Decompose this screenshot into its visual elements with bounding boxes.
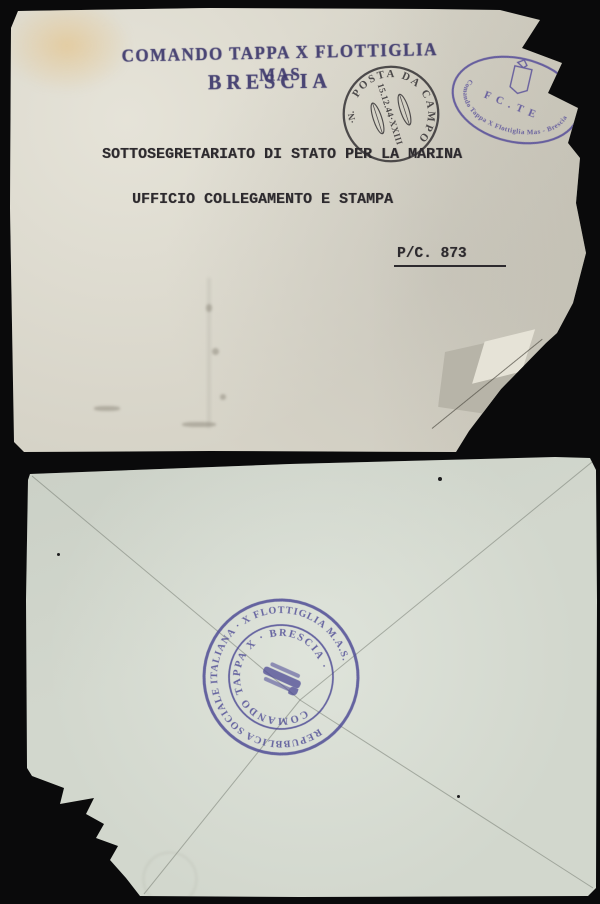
postmark-number-prefix: ·N.: [347, 110, 359, 124]
envelope-front: COMANDO TAPPA X FLOTTIGLIA MAS BRESCIA P…: [10, 8, 590, 454]
envelope-back: REPUBBLICA SOCIALE ITALIANA · X FLOTTIGL…: [24, 454, 600, 904]
smudge-mark: [212, 348, 219, 355]
shield-crest-icon: [509, 58, 534, 95]
photo-stage: COMANDO TAPPA X FLOTTIGLIA MAS BRESCIA P…: [0, 0, 600, 904]
postmark-date: 15.12.44·XXIII: [376, 82, 405, 146]
postmark-center-group: 15.12.44·XXIII: [364, 78, 419, 151]
address-line2: UFFICIO COLLEGAMENTO E STAMPA: [132, 191, 393, 208]
oval-cachet-group: FC.TE Comando Tappa X Flottiglia Mas - B…: [444, 45, 588, 155]
smudge-mark: [182, 422, 216, 427]
fascio-emblem-icon: [259, 660, 305, 697]
smudge-mark: [220, 394, 226, 400]
paper-speck: [57, 553, 60, 556]
paper-speck: [438, 477, 442, 481]
paper-toning-patch: [10, 8, 132, 93]
paper-speck: [457, 795, 460, 798]
smudge-mark: [94, 406, 120, 411]
oval-center-code: FC.TE: [482, 89, 542, 123]
ghost-crease-ring: [143, 852, 197, 904]
paper-crease: [208, 278, 210, 428]
protocol-reference: P/C. 873: [397, 246, 467, 262]
smudge-mark: [206, 304, 212, 312]
address-line1: SOTTOSEGRETARIATO DI STATO PER LA MARINA: [102, 146, 462, 163]
reference-underline: [394, 265, 506, 267]
